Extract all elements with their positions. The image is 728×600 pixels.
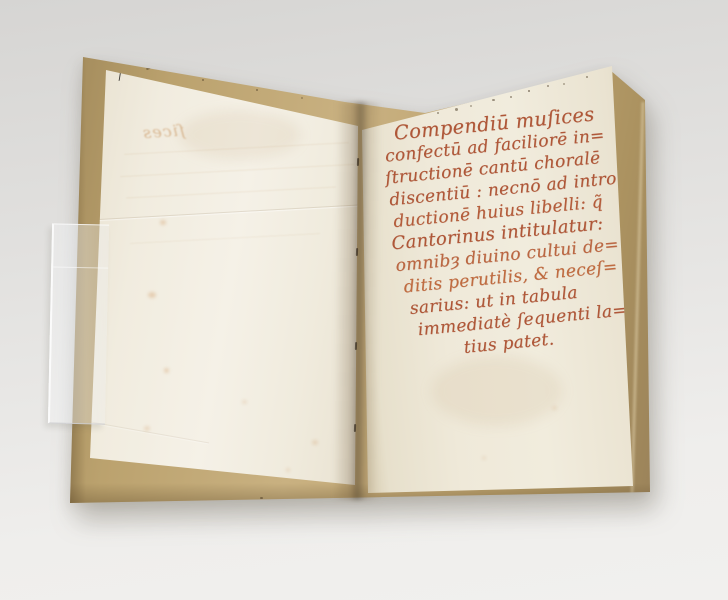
- photo-background: / ſices Compendiū muſices confectū ad fa…: [0, 0, 728, 600]
- foxing-speck: [510, 96, 512, 98]
- acrylic-seam: [53, 266, 108, 268]
- bleedthrough-text: ſices: [141, 121, 185, 143]
- foxing-speck: [260, 497, 263, 499]
- book: / ſices Compendiū muſices confectū ad fa…: [0, 0, 728, 600]
- binding-stitch: [356, 248, 358, 256]
- ink-stain: [242, 400, 247, 404]
- bleedthrough-line: [120, 164, 355, 177]
- cover-corner-fold: [620, 51, 654, 84]
- ink-stain: [286, 468, 290, 472]
- acrylic-stand: [48, 223, 109, 424]
- page-smudge: [432, 356, 562, 426]
- foxing-speck: [437, 112, 439, 114]
- binding-stitch: [357, 158, 359, 166]
- page-smudge: [180, 110, 300, 160]
- left-page: / ſices: [90, 70, 358, 485]
- foxing-speck: [415, 497, 417, 499]
- binding-stitch: [355, 342, 357, 350]
- ink-stain: [160, 220, 166, 225]
- foxing-speck: [492, 99, 495, 101]
- foxing-speck: [146, 66, 153, 70]
- ink-stain: [144, 426, 150, 431]
- foxing-speck: [256, 89, 258, 91]
- foxing-speck: [311, 499, 313, 501]
- ink-stain: [312, 440, 318, 445]
- foxing-speck: [563, 83, 565, 85]
- foxing-speck: [470, 105, 472, 107]
- right-page: Compendiū muſices confectū ad faciliorē …: [362, 66, 633, 493]
- foxing-speck: [301, 97, 303, 99]
- cover-fore-edge-highlight: [631, 102, 645, 494]
- binding-stitch: [354, 424, 356, 432]
- page-crease: [86, 204, 362, 220]
- foxing-speck: [586, 76, 588, 78]
- bleedthrough-line: [130, 233, 320, 244]
- foxing-speck: [528, 90, 530, 92]
- page-crease: [91, 422, 209, 444]
- ink-stain: [148, 292, 156, 298]
- ink-stain: [164, 368, 169, 373]
- foxing-speck: [202, 79, 204, 81]
- ink-stain: [482, 456, 486, 460]
- foxing-speck: [455, 108, 458, 111]
- foxing-speck: [547, 85, 549, 87]
- bleedthrough-line: [126, 187, 336, 199]
